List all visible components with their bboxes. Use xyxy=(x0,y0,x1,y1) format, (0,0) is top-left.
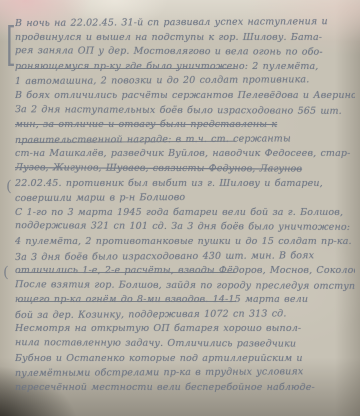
handwritten-line-text: 22.02.45. противник был выбит из г. Шило… xyxy=(15,178,323,189)
handwritten-line-text: После взятия гор. Болшов, зайдя по город… xyxy=(15,279,355,292)
handwritten-text-block: В ночь на 22.02.45. 31-й сп развивал усп… xyxy=(15,16,355,395)
handwritten-line-text: Лузев, Жигунов, Шуваев, связисты Федунов… xyxy=(15,162,302,175)
handwritten-line-text: пулемётными обстрелами пр-ка в трудных у… xyxy=(15,367,303,380)
margin-bracket-icon: ( xyxy=(3,263,9,281)
handwritten-line-text: мин, за отличие и отвагу были представле… xyxy=(15,119,277,130)
handwritten-line: мин, за отличие и отвагу были представле… xyxy=(15,118,355,133)
handwritten-line: поддерживая 321 сп 101 сд. За 3 дня боёв… xyxy=(15,219,355,235)
handwritten-line-text: пересечённой местности вели бесперебойно… xyxy=(15,382,315,393)
handwritten-line-text: С 1-го по 3 марта 1945 года батареи вели… xyxy=(15,207,343,218)
handwritten-line: роняющемуся пр-ку где было уничтожено: 2… xyxy=(15,60,355,75)
handwritten-line-text: отличились 1-е, 2-е расчёты, взводы Фёдо… xyxy=(15,265,355,276)
handwritten-line: совершили марш в р-н Болшово xyxy=(15,190,355,207)
margin-bracket-icon: ( xyxy=(6,177,12,195)
handwritten-line: пересечённой местности вели бесперебойно… xyxy=(15,381,355,396)
handwritten-line: отличились 1-е, 2-е расчёты, взводы Фёдо… xyxy=(15,264,355,279)
handwritten-line-text: нила поставленную задачу. Отличились раз… xyxy=(15,337,296,349)
handwritten-line-text: 1 автомашина, 2 повозки и до 20 солдат п… xyxy=(15,75,309,88)
handwritten-line-text: правительственной награде: в т.ч. ст. се… xyxy=(15,133,291,146)
handwritten-line-text: За 2 дня наступательных боёв было израсх… xyxy=(15,104,342,117)
handwritten-line-text: ст-на Машкалёв, разведчик Вуйлов, наводч… xyxy=(15,148,351,159)
handwritten-line-text: роняющемуся пр-ку где было уничтожено: 2… xyxy=(15,61,318,72)
handwritten-line: За 2 дня наступательных боёв было израсх… xyxy=(15,103,355,119)
handwritten-line-text: рея заняла ОП у дер. Мостовлягово и вела… xyxy=(15,45,323,58)
handwritten-line: правительственной награде: в т.ч. ст. се… xyxy=(15,132,355,149)
handwritten-line: продвинулся и вышел на подступы к гор. Ш… xyxy=(15,31,355,46)
handwritten-line-text: Несмотря на открытую ОП батарея хорошо в… xyxy=(15,323,301,334)
handwritten-line: В боях отличились расчёты сержантов Пеле… xyxy=(15,89,355,104)
handwritten-line-text: совершили марш в р-н Болшово xyxy=(15,192,185,204)
handwritten-line: рея заняла ОП у дер. Мостовлягово и вела… xyxy=(15,44,355,60)
handwritten-line-text: продвинулся и вышел на подступы к гор. Ш… xyxy=(15,32,322,43)
handwritten-line: пулемётными обстрелами пр-ка в трудных у… xyxy=(15,365,355,382)
handwritten-line: 1 автомашина, 2 повозки и до 20 солдат п… xyxy=(15,73,355,90)
handwritten-line: ющего пр-ка огнём до 8-ми взводов. 14-15… xyxy=(15,293,355,308)
handwritten-line-text: В боях отличились расчёты сержантов Пеле… xyxy=(15,90,355,101)
handwritten-line-text: ющего пр-ка огнём до 8-ми взводов. 14-15… xyxy=(15,294,308,305)
handwritten-line: Несмотря на открытую ОП батарея хорошо в… xyxy=(15,322,355,337)
handwritten-line-text: поддерживая 321 сп 101 сд. За 3 дня боёв… xyxy=(15,220,350,233)
handwritten-line: нила поставленную задачу. Отличились раз… xyxy=(15,336,355,352)
handwritten-line: Бубнов и Остапенко которые под артиллери… xyxy=(15,352,355,367)
handwritten-line: С 1-го по 3 марта 1945 года батареи вели… xyxy=(15,206,355,221)
handwritten-line: бой за дер. Козинку, поддерживая 1072 сп… xyxy=(15,307,355,324)
handwritten-line: 4 пулемёта, 2 противотанковые пушки и до… xyxy=(15,235,355,250)
handwritten-line-text: В ночь на 22.02.45. 31-й сп развивал усп… xyxy=(15,16,328,29)
handwritten-line: В ночь на 22.02.45. 31-й сп развивал усп… xyxy=(15,15,355,32)
handwritten-line: За 3 дня боёв было израсходовано 430 шт.… xyxy=(15,248,355,265)
handwritten-line: Лузев, Жигунов, Шуваев, связисты Федунов… xyxy=(15,161,355,177)
handwritten-line-text: За 3 дня боёв было израсходовано 430 шт.… xyxy=(15,250,314,263)
handwritten-line: ст-на Машкалёв, разведчик Вуйлов, наводч… xyxy=(15,147,355,162)
manuscript-page: [ ( ( В ночь на 22.02.45. 31-й сп развив… xyxy=(0,0,360,416)
handwritten-line-text: 4 пулемёта, 2 противотанковые пушки и до… xyxy=(15,236,352,247)
handwritten-line: 22.02.45. противник был выбит из г. Шило… xyxy=(15,177,355,192)
handwritten-line-text: бой за дер. Козинку, поддерживая 1072 сп… xyxy=(15,308,287,321)
handwritten-line-text: Бубнов и Остапенко которые под артиллери… xyxy=(15,353,303,364)
handwritten-line: После взятия гор. Болшов, зайдя по город… xyxy=(15,278,355,294)
